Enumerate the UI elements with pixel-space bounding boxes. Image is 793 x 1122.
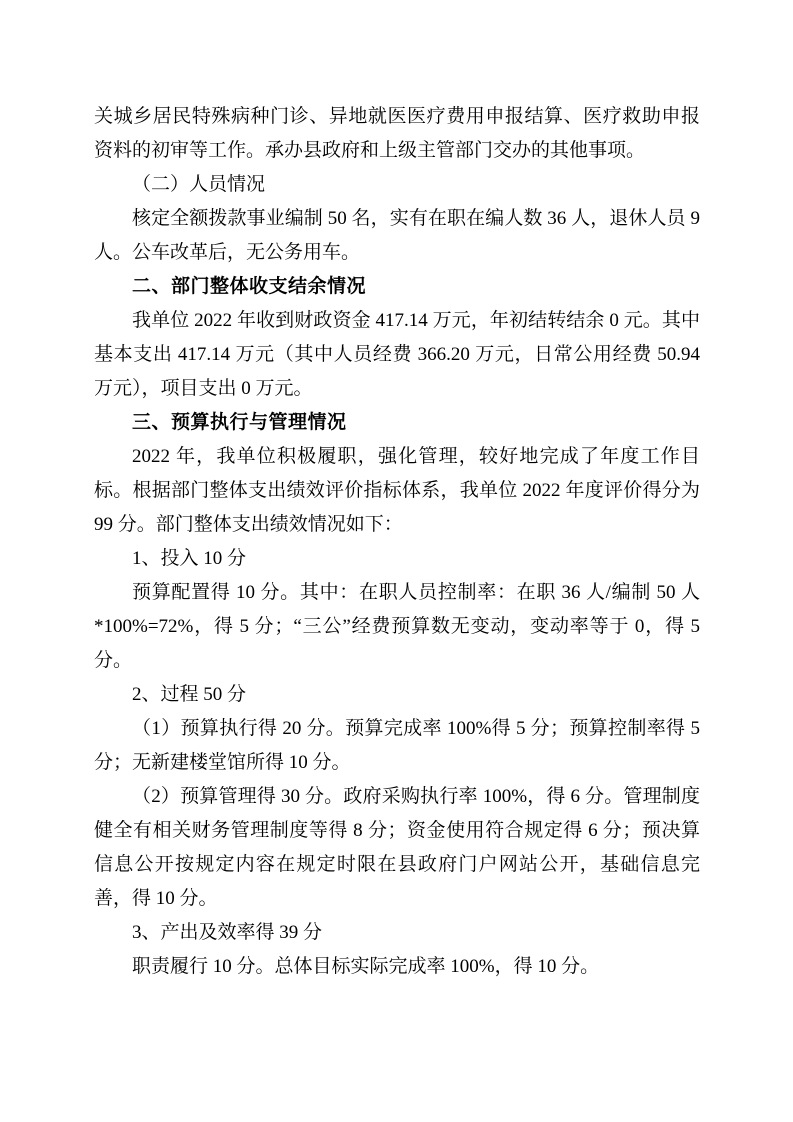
paragraph-performance-overview: 2022 年，我单位积极履职，强化管理，较好地完成了年度工作目标。根据部门整体支… [94,440,700,542]
paragraph-budget-management-score: （2）预算管理得 30 分。政府采购执行率 100%，得 6 分。管理制度健全有… [94,780,700,916]
item-heading-output-efficiency-score: 3、产出及效率得 39 分 [94,916,700,950]
document-page: 关城乡居民特殊病种门诊、异地就医医疗费用申报结算、医疗救助申报资料的初审等工作。… [0,0,793,1122]
paragraph-budget-execution-score: （1）预算执行得 20 分。预算完成率 100%得 5 分；预算控制率得 5 分… [94,712,700,780]
paragraph-revenue-expenditure-figures: 我单位 2022 年收到财政资金 417.14 万元，年初结转结余 0 元。其中… [94,304,700,406]
document-body: 关城乡居民特殊病种门诊、异地就医医疗费用申报结算、医疗救助申报资料的初审等工作。… [94,100,700,984]
paragraph-personnel-details: 核定全额拨款事业编制 50 名，实有在职在编人数 36 人，退休人员 9 人。公… [94,202,700,270]
paragraph-input-score-details: 预算配置得 10 分。其中：在职人员控制率：在职 36 人/编制 50 人*10… [94,576,700,678]
subsection-heading-personnel: （二）人员情况 [94,168,700,202]
section-heading-budget-execution-management: 三、预算执行与管理情况 [94,406,700,440]
paragraph-duty-fulfillment-score: 职责履行 10 分。总体目标实际完成率 100%，得 10 分。 [94,950,700,984]
paragraph-duties-continuation: 关城乡居民特殊病种门诊、异地就医医疗费用申报结算、医疗救助申报资料的初审等工作。… [94,100,700,168]
item-heading-process-score: 2、过程 50 分 [94,678,700,712]
section-heading-revenue-expenditure-balance: 二、部门整体收支结余情况 [94,270,700,304]
item-heading-input-score: 1、投入 10 分 [94,542,700,576]
